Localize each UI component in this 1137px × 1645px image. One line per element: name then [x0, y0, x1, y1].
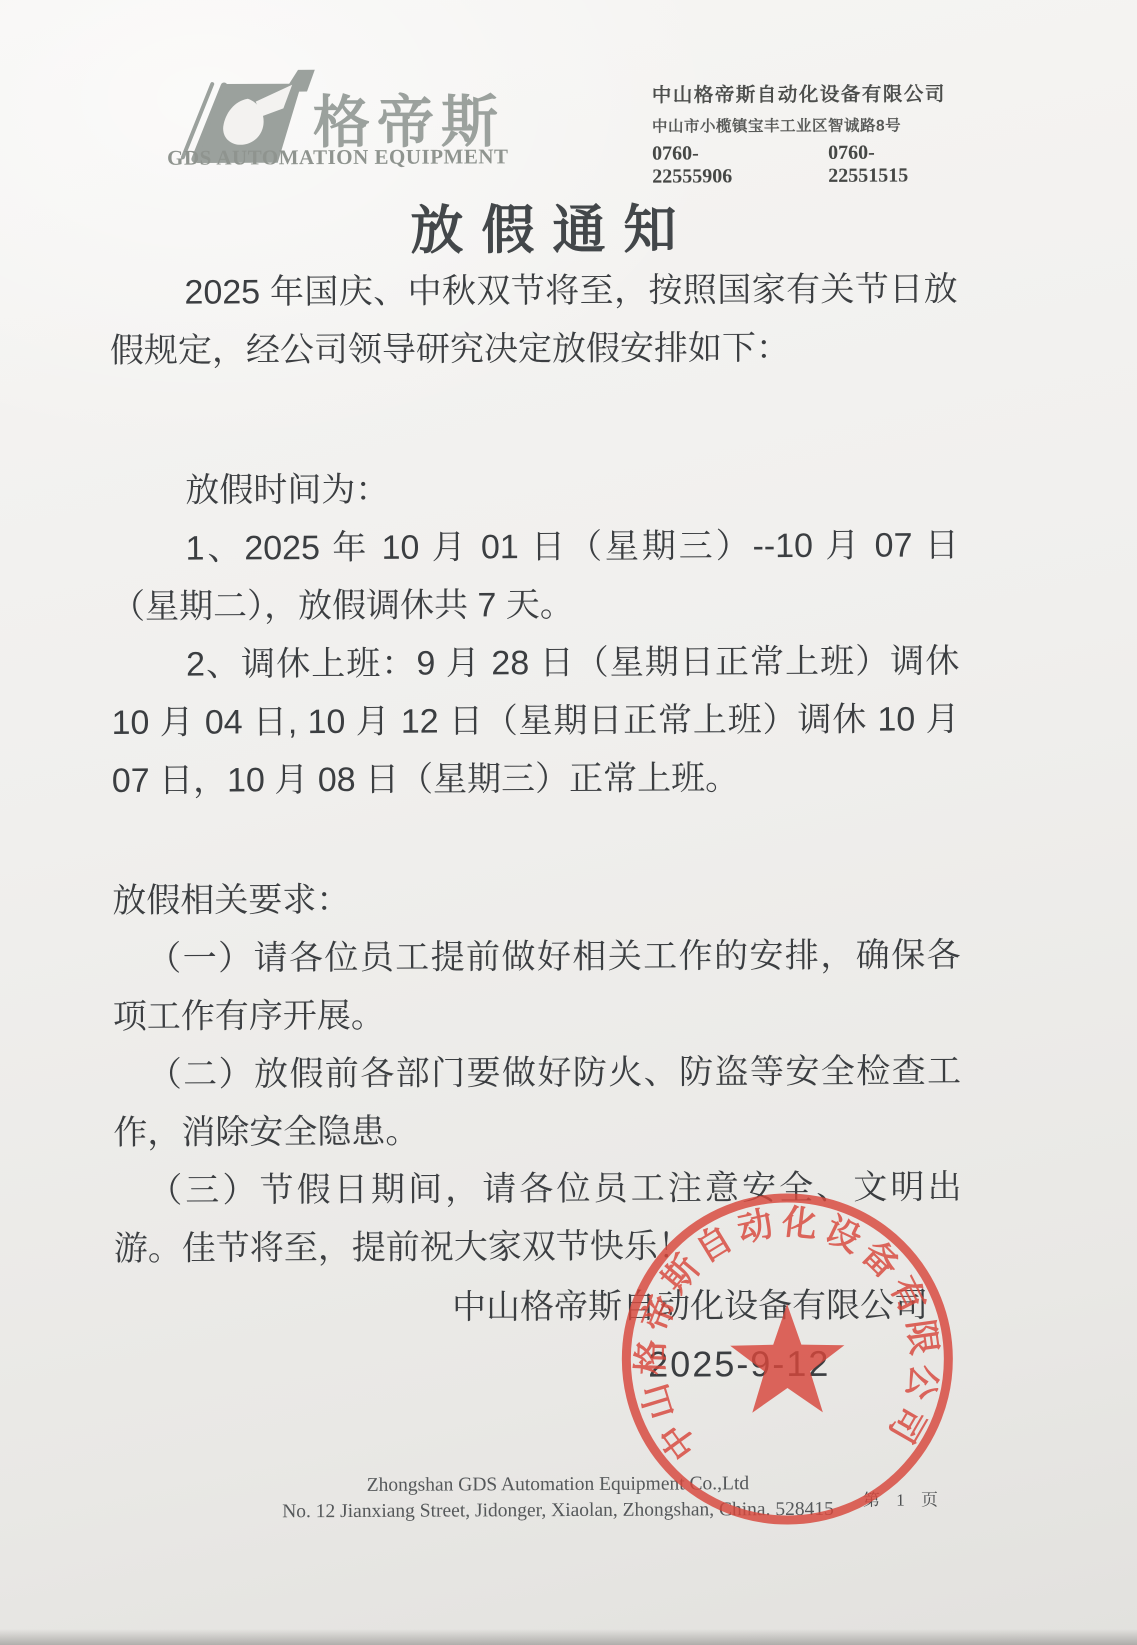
holiday-time-heading: 放假时间为： — [110, 458, 958, 520]
letterhead-address: 中山市小榄镇宝丰工业区智诚路8号 — [652, 113, 952, 136]
requirement-2: （二）放假前各部门要做好防火、防盗等安全检查工作，消除安全隐患。 — [113, 1042, 961, 1162]
document-title: 放假通知 — [0, 186, 1108, 267]
holiday-item-2: 2、调休上班：9 月 28 日（星期日正常上班）调休 10 月 04 日, 10… — [111, 632, 960, 810]
intro-paragraph: 2025 年国庆、中秋双节将至，按照国家有关节日放假规定，经公司领导研究决定放假… — [110, 260, 958, 380]
scan-bottom-shadow — [0, 1629, 1137, 1645]
letterhead-company-name: 中山格帝斯自动化设备有限公司 — [652, 78, 952, 107]
phone-number-1: 0760-22555906 — [652, 142, 776, 189]
letterhead-company-block: 中山格帝斯自动化设备有限公司 中山市小榄镇宝丰工业区智诚路8号 0760-225… — [652, 78, 952, 188]
phone-number-2: 0760-22551515 — [828, 141, 952, 188]
scanned-holiday-notice-page: 格帝斯 GDS AUTOMATION EQUIPMENT 中山格帝斯自动化设备有… — [0, 0, 1137, 1645]
seal-star-icon — [730, 1304, 845, 1413]
company-seal-stamp: 中山格帝斯自动化设备有限公司 — [602, 1173, 974, 1545]
logo-brand-english: GDS AUTOMATION EQUIPMENT — [167, 144, 487, 170]
requirement-1: （一）请各位员工提前做好相关工作的安排，确保各项工作有序开展。 — [112, 926, 960, 1046]
document-sheet: 格帝斯 GDS AUTOMATION EQUIPMENT 中山格帝斯自动化设备有… — [0, 0, 1137, 1645]
letterhead-phones: 0760-22555906 0760-22551515 — [652, 141, 952, 188]
holiday-item-1: 1、2025 年 10 月 01 日（星期三）--10 月 07 日（星期二），… — [111, 516, 959, 636]
requirements-heading: 放假相关要求： — [112, 868, 960, 930]
